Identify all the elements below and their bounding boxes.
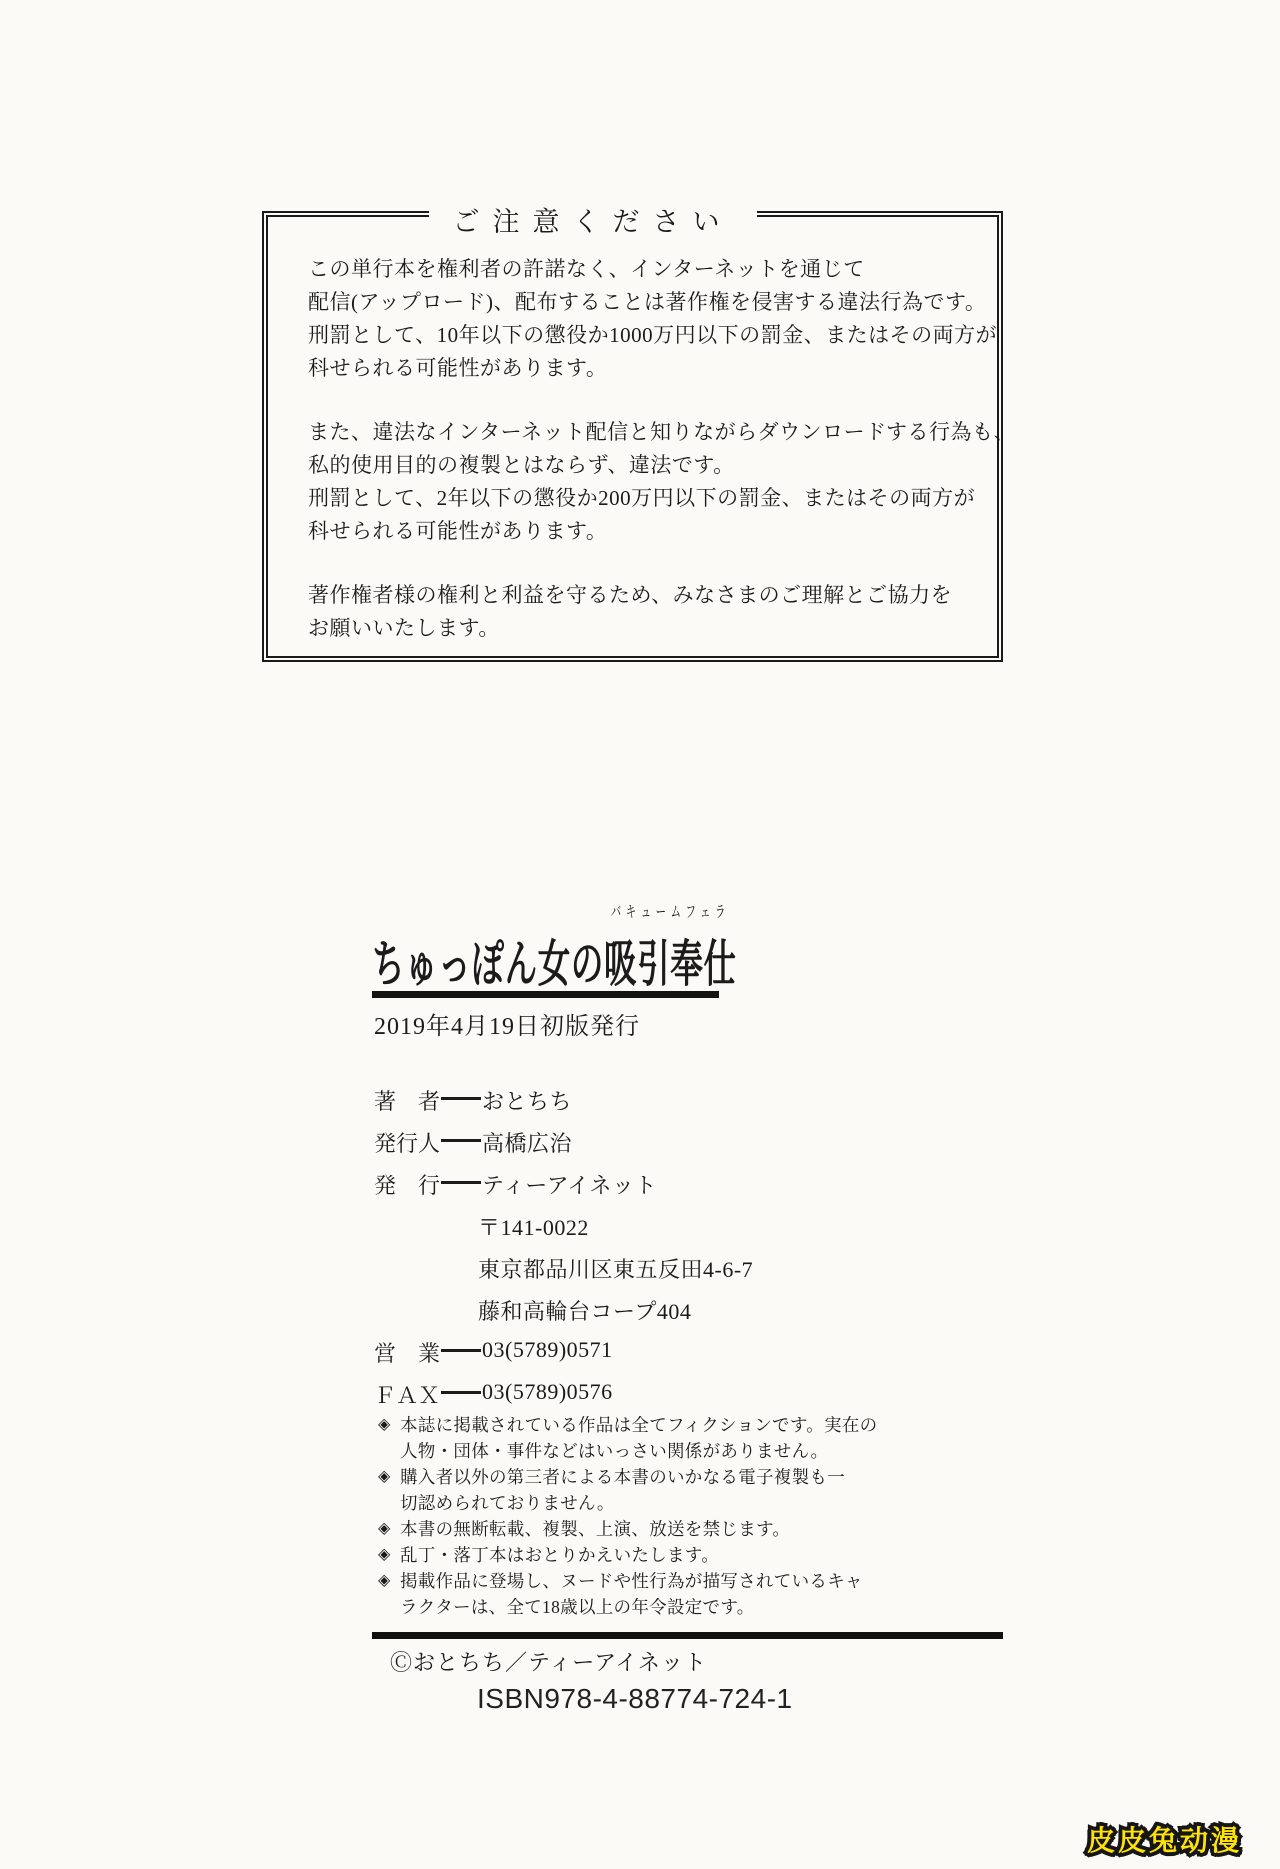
author-row: 著者 おとちち <box>374 1085 753 1127</box>
note-age-setting-text: 掲載作品に登場し、ヌードや性行為が描写されているキャ ラクターは、全て18歳以上… <box>400 1568 863 1620</box>
note-reproduction: ◈ 本書の無断転載、複製、上演、放送を禁じます。 <box>378 1516 877 1542</box>
address-line1: 東京都品川区東五反田4-6-7 <box>374 1253 753 1295</box>
fax-value: 03(5789)0576 <box>482 1379 613 1405</box>
copyright-warning-box: ご注意ください この単行本を権利者の許諾なく、インターネットを通じて 配信(アッ… <box>262 211 1003 662</box>
diamond-bullet-icon: ◈ <box>378 1412 400 1464</box>
issuer-row: 発行人 高橋広治 <box>374 1127 753 1169</box>
publication-info: 著者 おとちち 発行人 高橋広治 発行 ティーアイネット 〒141-0022 東… <box>374 1085 753 1421</box>
book-title-ruby-group: バキュームフェラ吸引奉仕 <box>604 924 737 996</box>
note-defective-copies: ◈ 乱丁・落丁本はおとりかえいたします。 <box>378 1542 877 1568</box>
warning-paragraph-download: また、違法なインターネット配信と知りながらダウンロードする行為も、 私的使用目的… <box>308 416 967 548</box>
dash-connector <box>441 1139 481 1142</box>
scanned-colophon-page: ご注意ください この単行本を権利者の許諾なく、インターネットを通じて 配信(アッ… <box>0 0 1280 1869</box>
diamond-bullet-icon: ◈ <box>378 1568 400 1620</box>
note-electronic-copy: ◈ 購入者以外の第三者による本書のいかなる電子複製も一 切認められておりません。 <box>378 1464 877 1516</box>
book-title: ちゅっぽん女のバキュームフェラ吸引奉仕 <box>372 924 737 996</box>
note-age-setting: ◈ 掲載作品に登場し、ヌードや性行為が描写されているキャ ラクターは、全て18歳… <box>378 1568 877 1620</box>
issuer-label: 発行人 <box>374 1127 440 1158</box>
diamond-bullet-icon: ◈ <box>378 1516 400 1542</box>
scanlation-watermark: 皮皮兔动漫 <box>1087 1819 1242 1859</box>
warning-paragraph-request: 著作権者様の権利と利益を守るため、みなさまのご理解とご協力を お願いいたします。 <box>308 579 967 645</box>
note-reproduction-text: 本書の無断転載、複製、上演、放送を禁じます。 <box>400 1516 790 1542</box>
isbn-number: ISBN978-4-88774-724-1 <box>477 1683 793 1715</box>
publisher-label: 発行 <box>374 1169 440 1200</box>
sales-phone-row: 営業 03(5789)0571 <box>374 1337 753 1379</box>
issuer-value: 高橋広治 <box>482 1127 572 1158</box>
fax-label: ＦＡＸ <box>374 1379 440 1410</box>
book-title-prefix: ちゅっぽん女の <box>372 936 604 992</box>
author-label: 著者 <box>374 1085 440 1116</box>
dash-connector <box>441 1097 481 1100</box>
warning-paragraph-upload: この単行本を権利者の許諾なく、インターネットを通じて 配信(アップロード)、配布… <box>308 253 967 385</box>
legal-notes: ◈ 本誌に掲載されている作品は全てフィクションです。実在の 人物・団体・事件など… <box>378 1412 877 1620</box>
postal-code: 〒141-0022 <box>374 1211 753 1253</box>
note-defective-copies-text: 乱丁・落丁本はおとりかえいたします。 <box>400 1542 719 1568</box>
copyright-line: Ⓒおとちち／ティーアイネット <box>390 1646 707 1677</box>
publisher-row: 発行 ティーアイネット <box>374 1169 753 1211</box>
book-title-furigana: バキュームフェラ <box>611 899 730 922</box>
note-fiction: ◈ 本誌に掲載されている作品は全てフィクションです。実在の 人物・団体・事件など… <box>378 1412 877 1464</box>
sales-label: 営業 <box>374 1337 440 1368</box>
note-fiction-text: 本誌に掲載されている作品は全てフィクションです。実在の 人物・団体・事件などはい… <box>400 1412 877 1464</box>
dash-connector <box>441 1349 481 1352</box>
sales-phone-value: 03(5789)0571 <box>482 1337 613 1363</box>
diamond-bullet-icon: ◈ <box>378 1464 400 1516</box>
address-line2: 藤和高輪台コープ404 <box>374 1295 753 1337</box>
edition-date: 2019年4月19日初版発行 <box>374 1006 640 1041</box>
diamond-bullet-icon: ◈ <box>378 1542 400 1568</box>
note-electronic-copy-text: 購入者以外の第三者による本書のいかなる電子複製も一 切認められておりません。 <box>400 1464 845 1516</box>
footer-divider-rule <box>372 1632 1003 1639</box>
book-title-ruby-base: 吸引奉仕 <box>604 936 737 992</box>
dash-connector <box>441 1181 481 1184</box>
title-divider-rule <box>372 991 719 998</box>
publisher-value: ティーアイネット <box>482 1169 657 1200</box>
author-value: おとちち <box>482 1085 572 1116</box>
warning-box-title: ご注意ください <box>429 200 757 239</box>
dash-connector <box>441 1391 481 1394</box>
